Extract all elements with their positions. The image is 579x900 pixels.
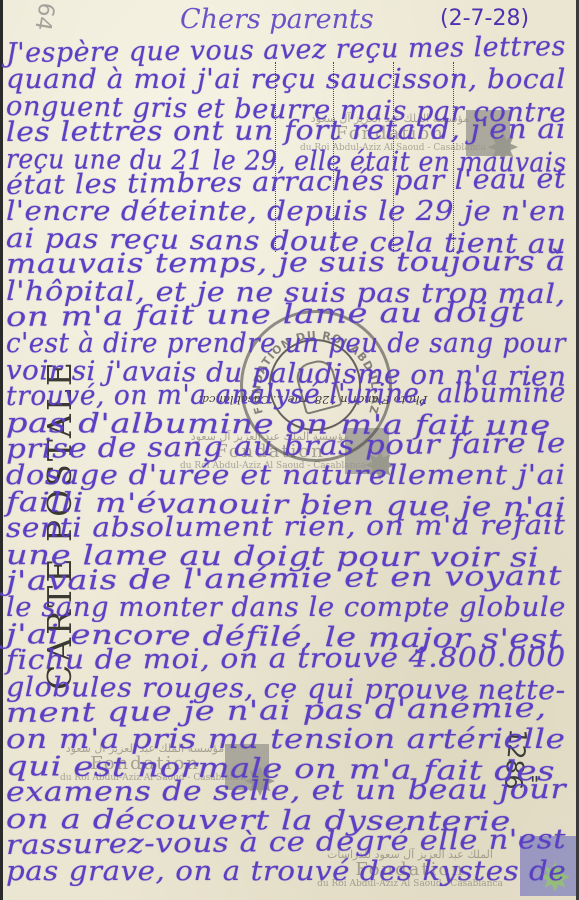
handwritten-line: état les timbres arrachés par l'eau et	[6, 164, 566, 201]
pencil-note-top-left: 64	[29, 1, 58, 33]
handwritten-line: trouvé, on m'a analysé l'urine, albumine	[6, 378, 566, 412]
postcard-back: مؤسسة الملك عبد العزيز آل سعود Fondation…	[0, 0, 579, 900]
handwritten-line: on m'a pris ma tension artérielle	[6, 724, 565, 755]
handwritten-line: examens de selle, et un beau jour	[6, 774, 566, 808]
handwritten-line: les lettres ont un fort retard, j'en ai	[6, 114, 566, 148]
handwritten-line: J'espère que vous avez reçu mes lettres	[6, 31, 566, 69]
card-left-edge	[0, 0, 3, 900]
handwritten-line: quand à moi j'ai reçu saucisson, bocal	[6, 64, 566, 95]
handwritten-line: l'encre déteinte, depuis le 29 je n'en	[6, 196, 566, 227]
handwritten-line: c'est à dire prendre un peu de sang pour	[6, 328, 566, 359]
letter-date: (2-7-28)	[440, 6, 529, 31]
handwritten-line: fichu de moi, on a trouvé 4.800.000	[6, 642, 566, 676]
handwritten-line: pas grave, on a trouvé des kystes de	[6, 856, 566, 887]
handwritten-line: dosage d'urée et naturellement j'ai	[6, 460, 566, 491]
handwritten-line: mauvais temps, je suis toujours à	[6, 246, 566, 280]
handwritten-line: senti absolument rien, on m'a refait	[6, 510, 566, 544]
letter-salutation: Chers parents	[180, 4, 374, 35]
handwritten-line: le sang monter dans le compte globule	[6, 592, 566, 623]
